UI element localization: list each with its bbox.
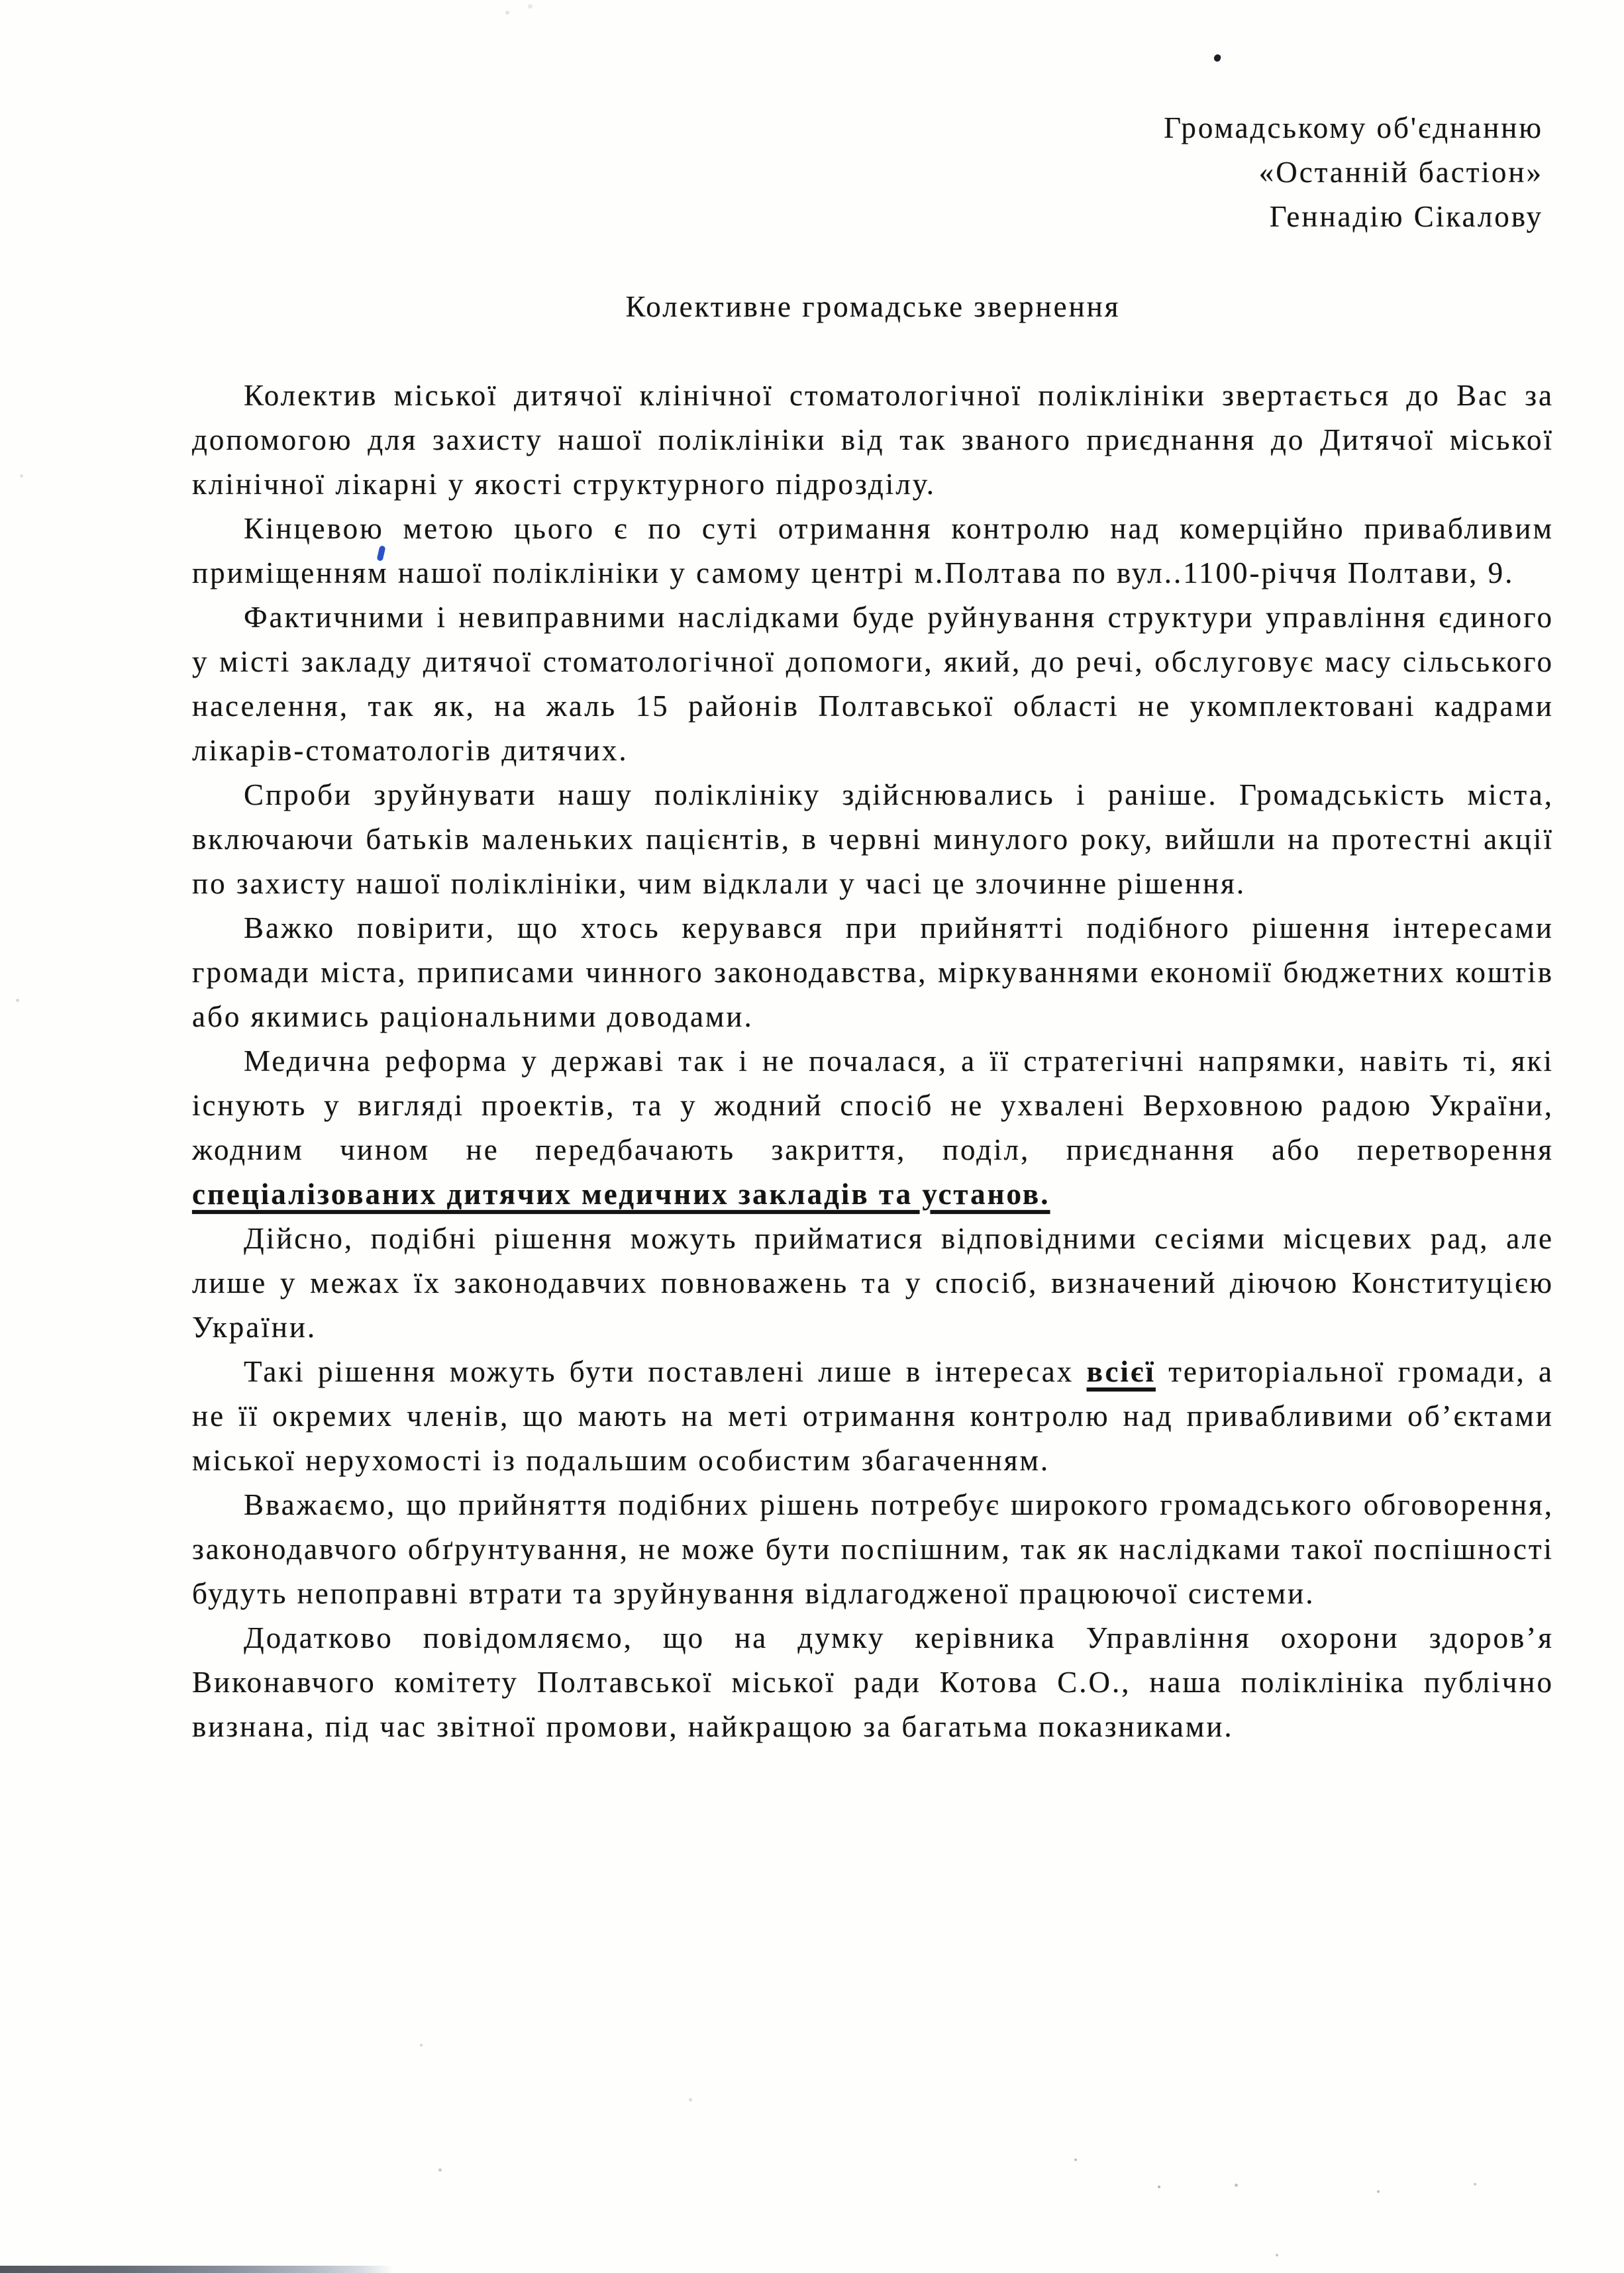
- text-segment: Медична реформа у державі так і не почал…: [192, 1044, 1554, 1166]
- scan-speck: [1235, 2184, 1238, 2187]
- text-segment: Спроби зруйнувати нашу поліклініку здійс…: [192, 778, 1554, 900]
- scan-speck: [16, 999, 19, 1002]
- paragraph: Дійсно, подібні рішення можуть прийматис…: [192, 1217, 1554, 1350]
- scan-speck: [528, 4, 533, 9]
- paragraph: Важко повірити, що хтось керувався при п…: [192, 906, 1554, 1039]
- scan-speck: [505, 11, 509, 15]
- paragraph: Додатково повідомляємо, що на думку кері…: [192, 1616, 1554, 1749]
- recipient-line: Геннадію Сікалову: [1164, 195, 1543, 239]
- scan-speck: [1276, 2254, 1278, 2256]
- text-segment: Кінцевою метою цього є по суті отримання…: [192, 512, 1554, 589]
- recipient-line: Громадському об'єднанню: [1164, 106, 1543, 150]
- scanned-letter-page: Громадському об'єднанню«Останній бастіон…: [0, 0, 1624, 2273]
- text-segment: Колектив міської дитячої клінічної стома…: [192, 379, 1554, 501]
- scan-speck: [1158, 2186, 1160, 2188]
- scan-speck: [689, 2098, 692, 2101]
- paragraph: Фактичними і невиправними наслідками буд…: [192, 595, 1554, 773]
- recipient-line: «Останній бастіон»: [1164, 150, 1543, 195]
- emphasized-text: всієї: [1087, 1355, 1156, 1388]
- paragraph: Колектив міської дитячої клінічної стома…: [192, 374, 1554, 507]
- text-segment: Фактичними і невиправними наслідками буд…: [192, 601, 1554, 767]
- emphasized-text: спеціалізованих дитячих медичних закладі…: [192, 1178, 1050, 1211]
- text-segment: Такі рішення можуть бути поставлені лише…: [244, 1355, 1087, 1388]
- scan-speck: [20, 474, 23, 478]
- paragraph: Спроби зруйнувати нашу поліклініку здійс…: [192, 773, 1554, 906]
- scan-edge-artifact: [0, 2266, 393, 2273]
- document-body: Колектив міської дитячої клінічної стома…: [192, 374, 1554, 1749]
- text-segment: Додатково повідомляємо, що на думку кері…: [192, 1621, 1554, 1743]
- paragraph: Такі рішення можуть бути поставлені лише…: [192, 1350, 1554, 1483]
- scan-speck: [1474, 2183, 1476, 2186]
- document-title: Колективне громадське звернення: [192, 285, 1554, 329]
- scan-speck: [1377, 2190, 1380, 2193]
- paragraph: Кінцевою метою цього є по суті отримання…: [192, 507, 1554, 595]
- scan-speck: [420, 2044, 423, 2046]
- paragraph: Вважаємо, що прийняття подібних рішень п…: [192, 1483, 1554, 1616]
- ink-dot: [1213, 54, 1221, 63]
- text-segment: Вважаємо, що прийняття подібних рішень п…: [192, 1488, 1554, 1610]
- text-segment: Важко повірити, що хтось керувався при п…: [192, 911, 1554, 1033]
- recipient-block: Громадському об'єднанню«Останній бастіон…: [1164, 106, 1543, 239]
- paragraph: Медична реформа у державі так і не почал…: [192, 1039, 1554, 1217]
- scan-speck: [1074, 2158, 1077, 2161]
- scan-speck: [438, 2168, 442, 2172]
- text-segment: Дійсно, подібні рішення можуть прийматис…: [192, 1222, 1554, 1344]
